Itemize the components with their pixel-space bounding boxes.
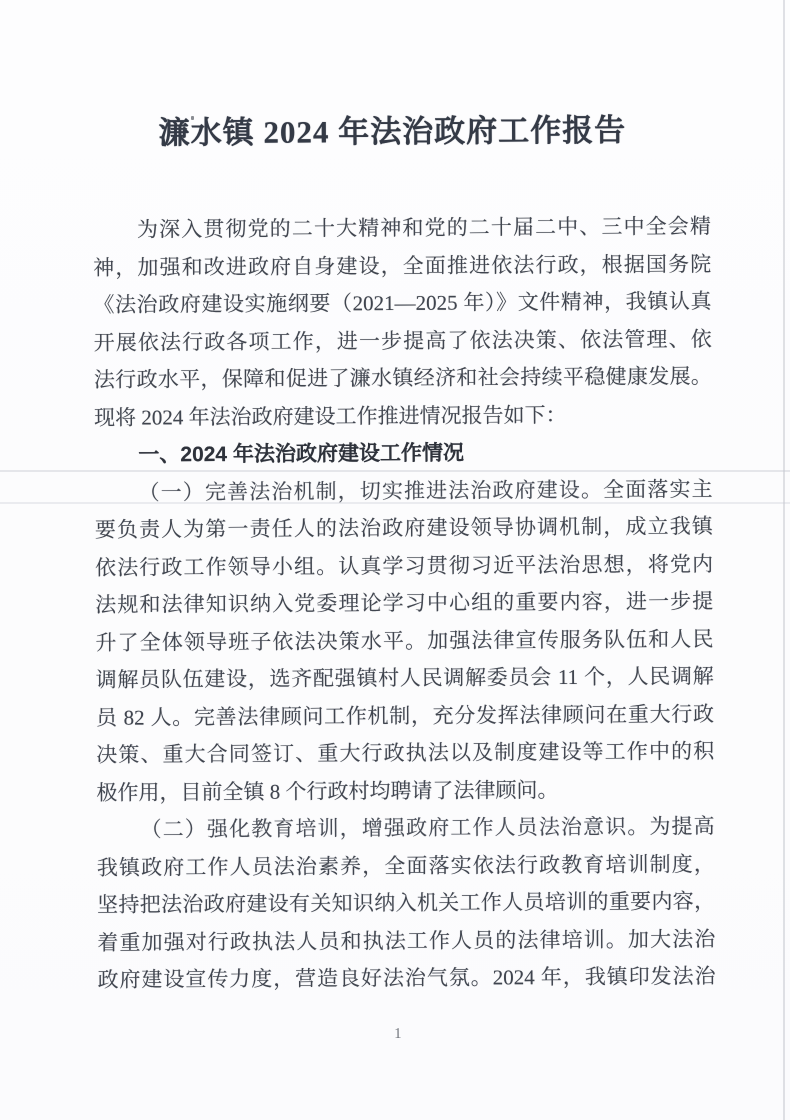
paragraph-section-1-2: （二）强化教育培训，增强政府工作人员法治意识。为提高我镇政府工作人员法治素养，全… bbox=[97, 808, 716, 999]
subsection-lead: （二）强化教育培训，增强政府工作人员法治意识。 bbox=[141, 814, 650, 841]
text-line: 决策、重大合同签订、重大行政执法以及制度建设等工作中的积 bbox=[96, 733, 714, 774]
text-line: 调解员队伍建设，选齐配强镇村人民调解委员会 11 个，人民调解 bbox=[96, 658, 714, 699]
text-line: 要负责人为第一责任人的法治政府建设领导协调机制，成立我镇 bbox=[95, 508, 713, 549]
scanned-document-page: 濂水镇 2024 年法治政府工作报告 为深入贯彻党的二十大精神和党的二十届二中、… bbox=[0, 0, 790, 1120]
paragraph-intro: 为深入贯彻党的二十大精神和党的二十届二中、三中全会精神，加强和改进政府自身建设，… bbox=[93, 208, 712, 437]
text-line: （一）完善法治机制，切实推进法治政府建设。全面落实主 bbox=[94, 471, 712, 512]
page-number: 1 bbox=[3, 1024, 790, 1046]
text-line: 极作用，目前全镇 8 个行政村均聘请了法律顾问。 bbox=[96, 771, 714, 812]
text-line: 升了全体领导班子依法决策水平。加强法律宣传服务队伍和人民 bbox=[95, 621, 713, 662]
text-line: 法行政水平，保障和促进了濂水镇经济和社会持续平稳健康发展。 bbox=[94, 358, 712, 399]
text-line: 依法行政工作领导小组。认真学习贯彻习近平法治思想，将党内 bbox=[95, 546, 713, 587]
text-line: 政府建设宣传力度，营造良好法治气氛。2024 年，我镇印发法治 bbox=[97, 958, 715, 999]
text-line: 员 82 人。完善法律顾问工作机制，充分发挥法律顾问在重大行政 bbox=[96, 696, 714, 737]
paragraph-section-1-heading: 一、2024 年法治政府建设工作情况 bbox=[94, 433, 712, 474]
text-line: 《法治政府建设实施纲要（2021—2025 年）》文件精神，我镇认真 bbox=[93, 283, 711, 324]
paragraph-section-1-1: （一）完善法治机制，切实推进法治政府建设。全面落实主要负责人为第一责任人的法治政… bbox=[94, 471, 714, 812]
text-line: 着重加强对行政执法人员和执法工作人员的法律培训。加大法治 bbox=[97, 921, 715, 962]
text-line: （二）强化教育培训，增强政府工作人员法治意识。为提高 bbox=[97, 808, 715, 849]
text-line: 坚持把法治政府建设有关知识纳入机关工作人员培训的重要内容， bbox=[97, 883, 715, 924]
text-line: 法规和法律知识纳入党委理论学习中心组的重要内容，进一步提 bbox=[95, 583, 713, 624]
text-line: 为深入贯彻党的二十大精神和党的二十届二中、三中全会精 bbox=[93, 208, 711, 249]
text-column: 为深入贯彻党的二十大精神和党的二十届二中、三中全会精神，加强和改进政府自身建设，… bbox=[93, 208, 716, 999]
subsection-lead: （一）完善法治机制，切实推进法治政府建设。 bbox=[139, 477, 604, 504]
text-line: 开展依法行政各项工作，进一步提高了依法决策、依法管理、依 bbox=[94, 321, 712, 362]
text-line: 现将 2024 年法治政府建设工作推进情况报告如下： bbox=[94, 396, 712, 437]
text-line: 我镇政府工作人员法治素养，全面落实依法行政教育培训制度， bbox=[97, 846, 715, 887]
text-line: 神，加强和改进政府自身建设，全面推进依法行政，根据国务院 bbox=[93, 246, 711, 287]
text-line: 一、2024 年法治政府建设工作情况 bbox=[94, 433, 712, 474]
document-title: 濂水镇 2024 年法治政府工作报告 bbox=[0, 104, 787, 154]
document-content: 濂水镇 2024 年法治政府工作报告 为深入贯彻党的二十大精神和党的二十届二中、… bbox=[0, 0, 790, 1120]
